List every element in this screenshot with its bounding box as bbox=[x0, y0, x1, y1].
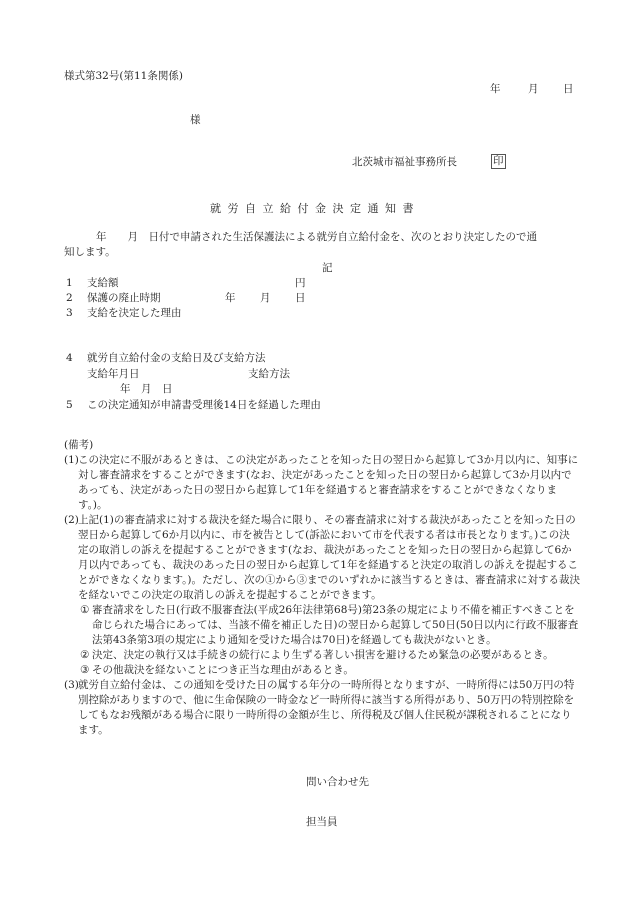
payment-method-label: 支給方法 bbox=[248, 367, 290, 382]
note-1-number: (1) bbox=[64, 453, 78, 513]
issuer-name: 北茨城市福祉事務所長 bbox=[352, 155, 457, 170]
note-2-number: (2) bbox=[64, 513, 78, 603]
note-2: (2) 上記(1)の審査請求に対する裁決を経た場合に限り、その審査請求に対する裁… bbox=[64, 513, 580, 603]
item-1-label: 支給額 bbox=[87, 276, 119, 291]
sub-2-text: 決定、決定の執行又は手続きの続行により生ずる著しい損害を避けるため緊急の必要があ… bbox=[92, 648, 580, 663]
sub-1-number: ① bbox=[80, 603, 92, 648]
note-3: (3) 就労自立給付金は、この通知を受けた日の属する年分の一時所得となりますが、… bbox=[64, 678, 580, 738]
intro-line-2: 知します。 bbox=[64, 245, 116, 260]
note-2-text: 上記(1)の審査請求に対する裁決を経た場合に限り、その審査請求に対する裁決があっ… bbox=[78, 513, 580, 603]
addressee-suffix: 様 bbox=[190, 113, 201, 128]
sub-3-text: その他裁決を経ないことにつき正当な理由があるとき。 bbox=[92, 663, 580, 678]
item-2-month: 月 bbox=[260, 291, 271, 306]
note-3-number: (3) bbox=[64, 678, 78, 738]
item-3-number: 3 bbox=[66, 306, 73, 321]
item-4-label: 就労自立給付金の支給日及び支給方法 bbox=[87, 351, 266, 366]
ki-heading: 記 bbox=[322, 261, 333, 276]
contact-label: 問い合わせ先 bbox=[306, 775, 369, 790]
item-5-number: 5 bbox=[66, 398, 73, 413]
document-title: 就労自立給付金決定通知書 bbox=[0, 201, 630, 216]
date-month: 月 bbox=[528, 82, 539, 97]
form-number: 様式第32号(第11条関係) bbox=[64, 69, 183, 84]
item-1-unit: 円 bbox=[295, 276, 306, 291]
note-2-sub-3: ③ その他裁決を経ないことにつき正当な理由があるとき。 bbox=[64, 663, 580, 678]
payment-date-value: 年 月 日 bbox=[120, 382, 173, 397]
notes-section: (備考) (1) この決定に不服があるときは、この決定があったことを知った日の翌… bbox=[64, 438, 580, 738]
note-2-sub-1: ① 審査請求をした日(行政不服審査法(平成26年法律第68号)第23条の規定によ… bbox=[64, 603, 580, 648]
notes-heading: (備考) bbox=[64, 438, 580, 453]
item-2-label: 保護の廃止時期 bbox=[87, 291, 161, 306]
item-2-day: 日 bbox=[295, 291, 306, 306]
note-3-text: 就労自立給付金は、この通知を受けた日の属する年分の一時所得となりますが、一時所得… bbox=[78, 678, 580, 738]
payment-date-label: 支給年月日 bbox=[87, 367, 140, 382]
sub-1-text: 審査請求をした日(行政不服審査法(平成26年法律第68号)第23条の規定により不… bbox=[92, 603, 580, 648]
intro-line-1: 年 月 日付で申請された生活保護法による就労自立給付金を、次のとおり決定したので… bbox=[96, 230, 537, 245]
item-5-label: この決定通知が申請書受理後14日を経過した理由 bbox=[87, 398, 321, 413]
seal-box: 印 bbox=[491, 154, 506, 169]
item-2-number: 2 bbox=[66, 291, 73, 306]
item-4-number: 4 bbox=[66, 351, 73, 366]
item-3-label: 支給を決定した理由 bbox=[87, 306, 182, 321]
sub-3-number: ③ bbox=[80, 663, 92, 678]
item-1-number: 1 bbox=[66, 276, 73, 291]
note-1: (1) この決定に不服があるときは、この決定があったことを知った日の翌日から起算… bbox=[64, 453, 580, 513]
note-2-sub-2: ② 決定、決定の執行又は手続きの続行により生ずる著しい損害を避けるため緊急の必要… bbox=[64, 648, 580, 663]
sub-2-number: ② bbox=[80, 648, 92, 663]
date-year: 年 bbox=[490, 82, 501, 97]
item-2-year: 年 bbox=[225, 291, 236, 306]
date-day: 日 bbox=[563, 82, 574, 97]
note-1-text: この決定に不服があるときは、この決定があったことを知った日の翌日から起算して3か… bbox=[78, 453, 580, 513]
seal-mark: 印 bbox=[491, 154, 506, 169]
staff-label: 担当員 bbox=[306, 815, 338, 830]
